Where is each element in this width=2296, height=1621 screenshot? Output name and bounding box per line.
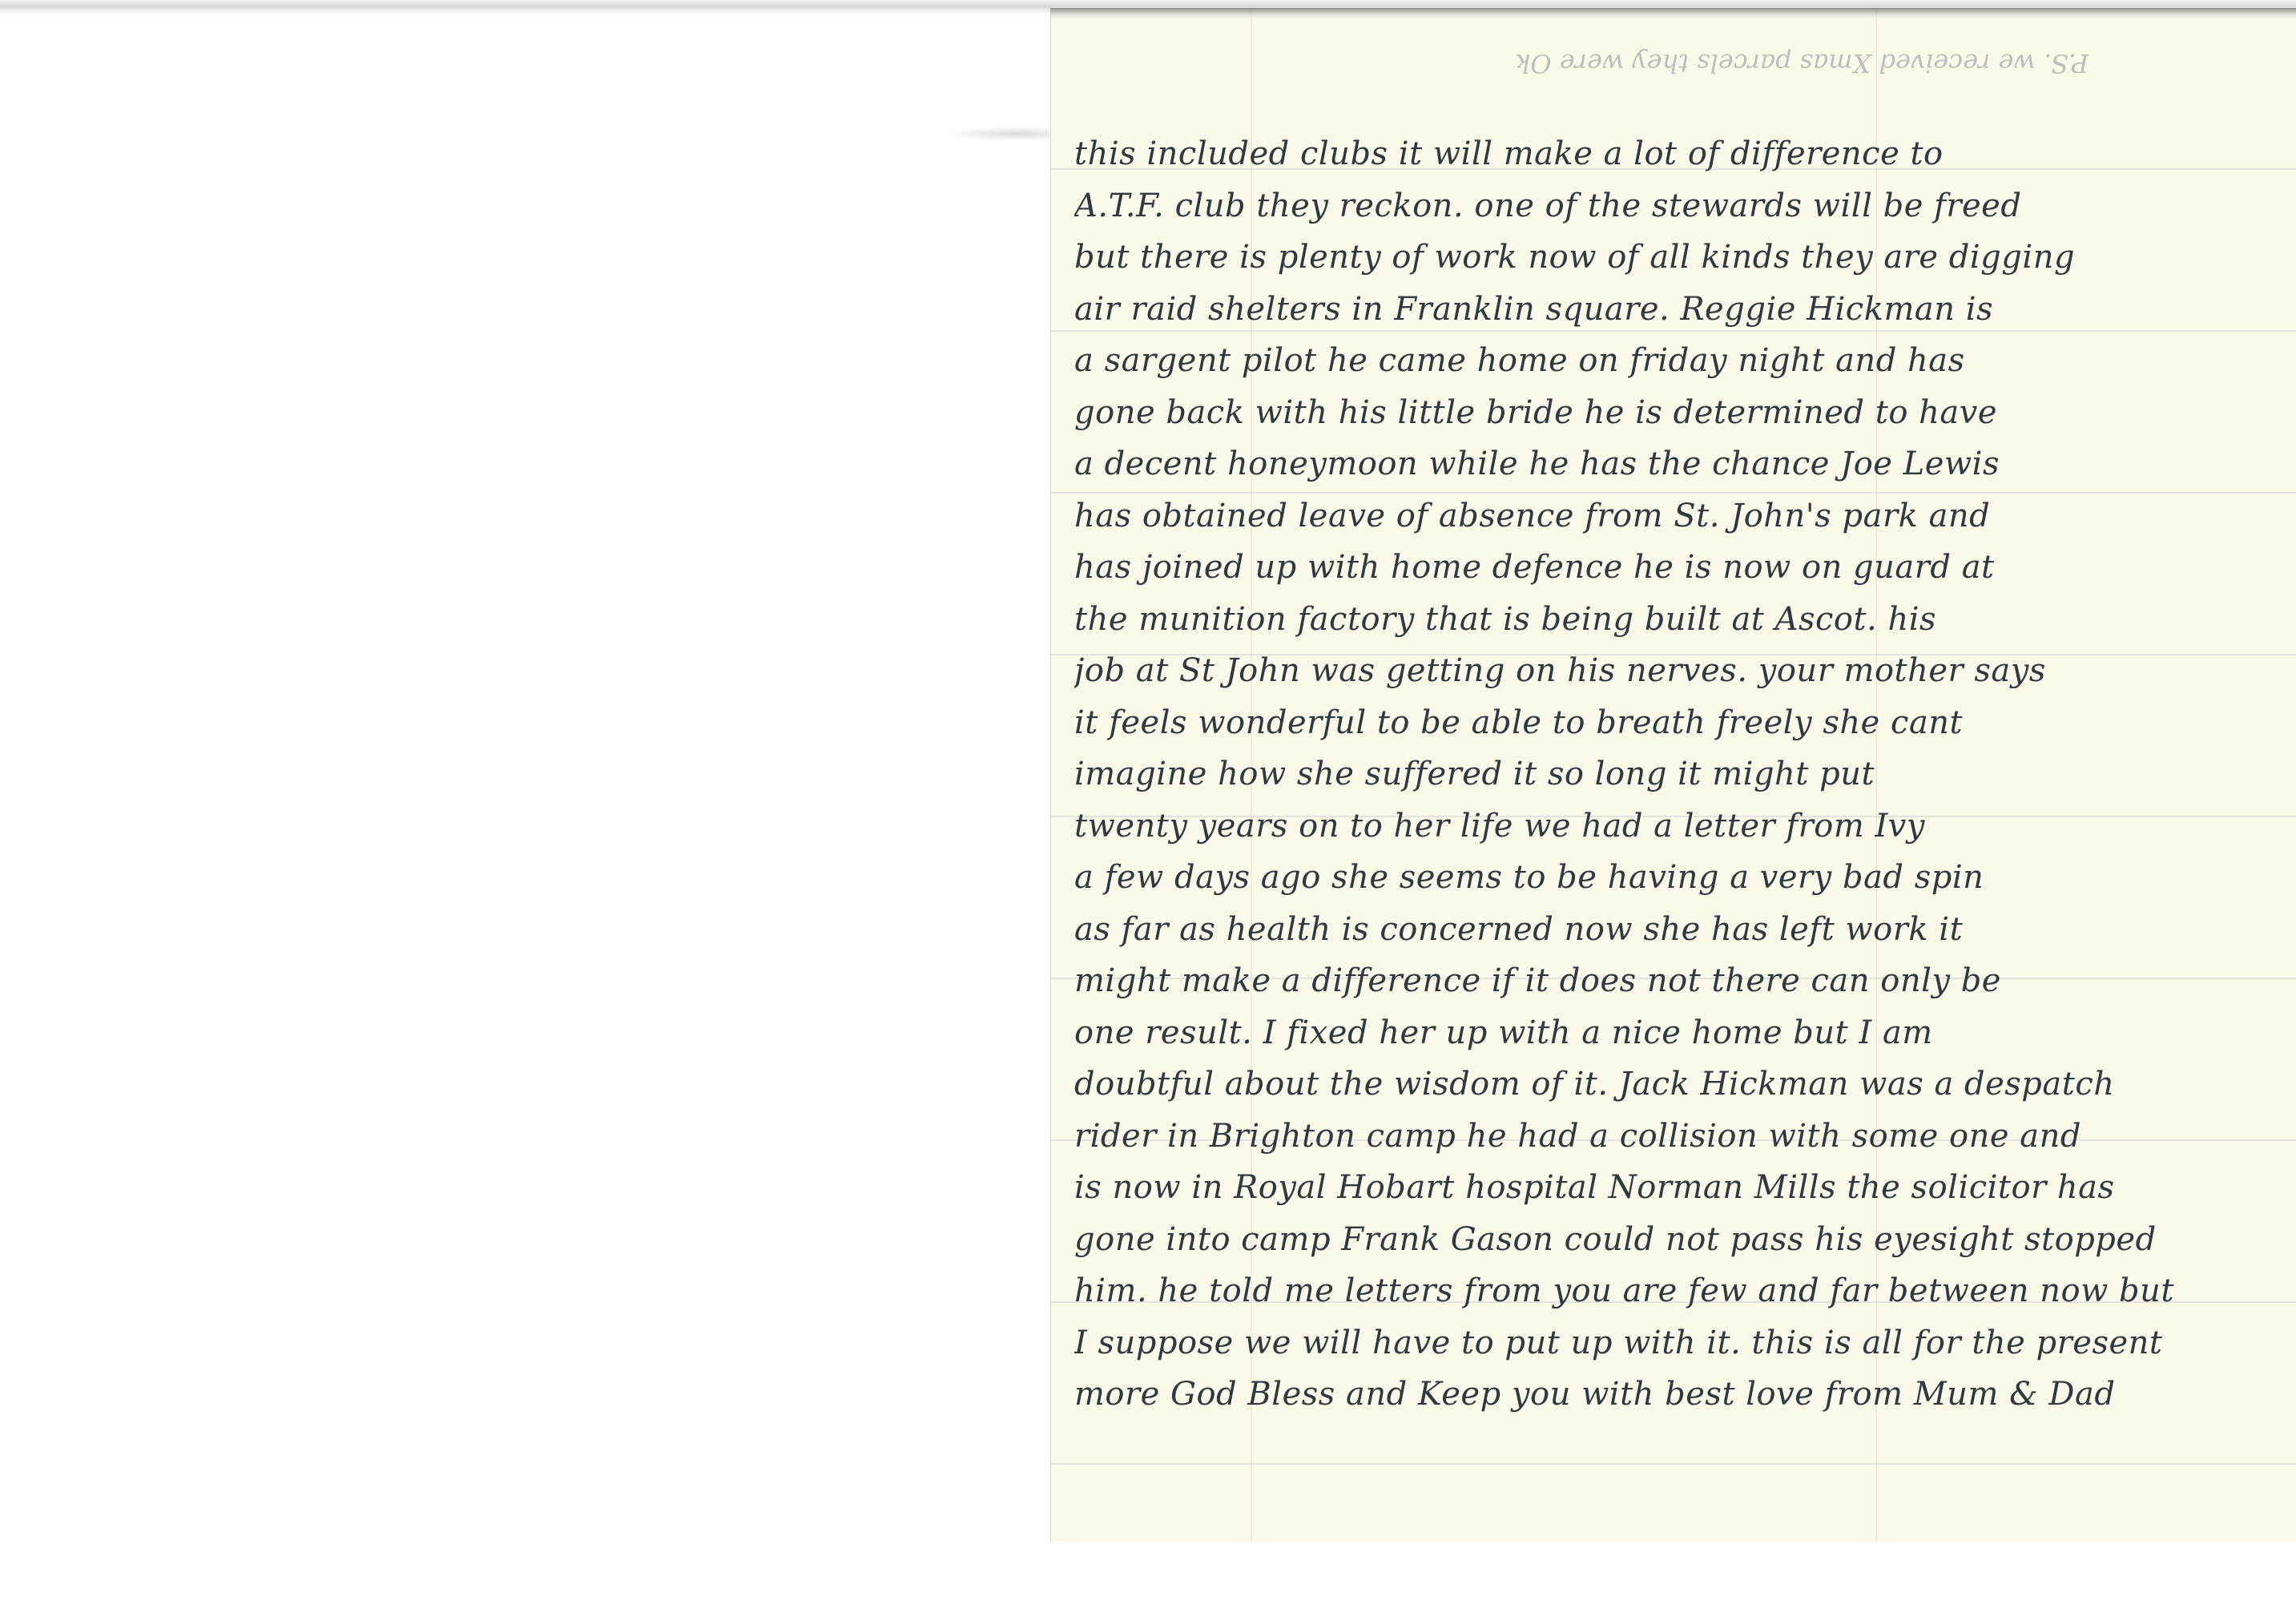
letter-line: rider in Brighton camp he had a collisio… <box>1074 1111 2284 1163</box>
letter-line: has obtained leave of absence from St. J… <box>1074 490 2284 542</box>
scan-bottom-margin <box>1050 1542 2296 1621</box>
letter-line: imagine how she suffered it so long it m… <box>1074 748 2284 800</box>
upside-down-postscript: P.S. we received Xmas parcels they were … <box>1515 48 2268 79</box>
letter-body: this included clubs it will make a lot o… <box>1074 128 2284 1421</box>
letter-line: twenty years on to her life we had a let… <box>1074 800 2284 853</box>
letter-line: I suppose we will have to put up with it… <box>1074 1317 2284 1369</box>
letter-line: as far as health is concerned now she ha… <box>1074 904 2284 956</box>
letter-line: this included clubs it will make a lot o… <box>1074 128 2284 180</box>
letter-line: air raid shelters in Franklin square. Re… <box>1074 284 2284 336</box>
blank-left-page <box>0 8 1051 1621</box>
letter-line: gone into camp Frank Gason could not pas… <box>1074 1214 2284 1266</box>
letter-line: it feels wonderful to be able to breath … <box>1074 697 2284 749</box>
letter-line: but there is plenty of work now of all k… <box>1074 232 2284 284</box>
letter-line: might make a difference if it does not t… <box>1074 955 2284 1007</box>
letter-line: has joined up with home defence he is no… <box>1074 542 2284 594</box>
letter-line: is now in Royal Hobart hospital Norman M… <box>1074 1162 2284 1214</box>
letter-line: the munition factory that is being built… <box>1074 594 2284 646</box>
letter-line: a few days ago she seems to be having a … <box>1074 852 2284 904</box>
letter-line: a sargent pilot he came home on friday n… <box>1074 335 2284 387</box>
letter-line: more God Bless and Keep you with best lo… <box>1074 1369 2284 1421</box>
letter-line: him. he told me letters from you are few… <box>1074 1265 2284 1317</box>
letter-line: A.T.F. club they reckon. one of the stew… <box>1074 180 2284 232</box>
letter-line: job at St John was getting on his nerves… <box>1074 645 2284 697</box>
letter-line: doubtful about the wisdom of it. Jack Hi… <box>1074 1058 2284 1111</box>
letter-page: P.S. we received Xmas parcels they were … <box>1050 8 2296 1542</box>
letter-line: one result. I fixed her up with a nice h… <box>1074 1007 2284 1059</box>
scan-smudge <box>945 127 1049 141</box>
letter-line: gone back with his little bride he is de… <box>1074 387 2284 439</box>
letter-line: a decent honeymoon while he has the chan… <box>1074 438 2284 490</box>
